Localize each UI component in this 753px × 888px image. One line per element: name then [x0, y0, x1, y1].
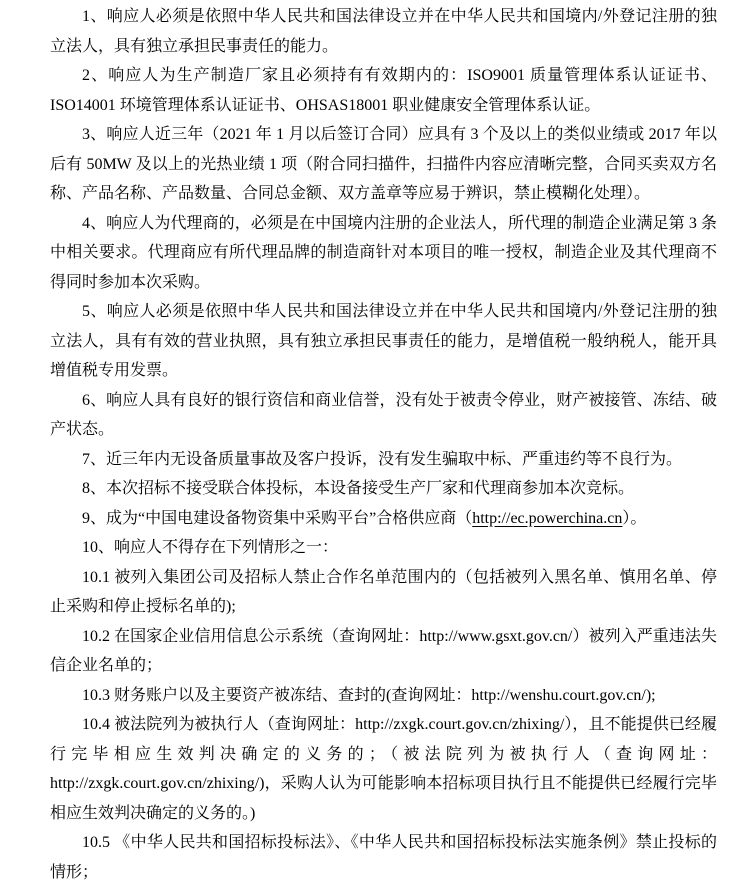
- paragraph-text: 5、响应人必须是依照中华人民共和国法律设立并在中华人民共和国境内/外登记注册的独…: [50, 303, 717, 379]
- paragraph-p8: 8、本次招标不接受联合体投标，本设备接受生产厂家和代理商参加本次竞标。: [50, 474, 717, 504]
- paragraph-p10-1: 10.1 被列入集团公司及招标人禁止合作名单范围内的（包括被列入黑名单、慎用名单…: [50, 563, 717, 622]
- paragraph-p7: 7、近三年内无设备质量事故及客户投诉，没有发生骗取中标、严重违约等不良行为。: [50, 445, 717, 475]
- document-body: 1、响应人必须是依照中华人民共和国法律设立并在中华人民共和国境内/外登记注册的独…: [50, 2, 717, 887]
- paragraph-text: 2、响应人为生产制造厂家且必须持有有效期内的：ISO9001 质量管理体系认证证…: [50, 67, 717, 114]
- paragraph-p1: 1、响应人必须是依照中华人民共和国法律设立并在中华人民共和国境内/外登记注册的独…: [50, 2, 717, 61]
- paragraph-text: ）。: [622, 510, 646, 527]
- paragraph-text: 10.3 财务账户以及主要资产被冻结、查封的(查询网址：http://wensh…: [82, 687, 656, 704]
- paragraph-p10: 10、响应人不得存在下列情形之一：: [50, 533, 717, 563]
- paragraph-p9: 9、成为“中国电建设备物资集中采购平台”合格供应商（http://ec.powe…: [50, 504, 717, 534]
- paragraph-p5: 5、响应人必须是依照中华人民共和国法律设立并在中华人民共和国境内/外登记注册的独…: [50, 297, 717, 386]
- paragraph-text: 9、成为“中国电建设备物资集中采购平台”合格供应商（: [82, 510, 472, 527]
- paragraph-p6: 6、响应人具有良好的银行资信和商业信誉，没有处于被责令停业，财产被接管、冻结、破…: [50, 386, 717, 445]
- paragraph-text: 10、响应人不得存在下列情形之一：: [82, 539, 338, 556]
- paragraph-text: 10.4 被法院列为被执行人（查询网址：http://zxgk.court.go…: [50, 716, 717, 822]
- hyperlink-text[interactable]: http://ec.powerchina.cn: [472, 510, 622, 527]
- paragraph-p2: 2、响应人为生产制造厂家且必须持有有效期内的：ISO9001 质量管理体系认证证…: [50, 61, 717, 120]
- paragraph-text: 1、响应人必须是依照中华人民共和国法律设立并在中华人民共和国境内/外登记注册的独…: [50, 8, 717, 55]
- paragraph-p10-5: 10.5 《中华人民共和国招标投标法》、《中华人民共和国招标投标法实施条例》禁止…: [50, 828, 717, 887]
- paragraph-text: 8、本次招标不接受联合体投标，本设备接受生产厂家和代理商参加本次竞标。: [82, 480, 634, 497]
- paragraph-text: 7、近三年内无设备质量事故及客户投诉，没有发生骗取中标、严重违约等不良行为。: [82, 451, 682, 468]
- paragraph-text: 6、响应人具有良好的银行资信和商业信誉，没有处于被责令停业，财产被接管、冻结、破…: [50, 392, 717, 439]
- paragraph-p10-4: 10.4 被法院列为被执行人（查询网址：http://zxgk.court.go…: [50, 710, 717, 828]
- paragraph-p10-3: 10.3 财务账户以及主要资产被冻结、查封的(查询网址：http://wensh…: [50, 681, 717, 711]
- paragraph-p10-2: 10.2 在国家企业信用信息公示系统（查询网址：http://www.gsxt.…: [50, 622, 717, 681]
- paragraph-p3: 3、响应人近三年（2021 年 1 月以后签订合同）应具有 3 个及以上的类似业…: [50, 120, 717, 209]
- paragraph-text: 4、响应人为代理商的，必须是在中国境内注册的企业法人，所代理的制造企业满足第 3…: [50, 215, 717, 291]
- paragraph-text: 10.1 被列入集团公司及招标人禁止合作名单范围内的（包括被列入黑名单、慎用名单…: [50, 569, 717, 616]
- paragraph-p4: 4、响应人为代理商的，必须是在中国境内注册的企业法人，所代理的制造企业满足第 3…: [50, 209, 717, 298]
- paragraph-text: 3、响应人近三年（2021 年 1 月以后签订合同）应具有 3 个及以上的类似业…: [50, 126, 717, 202]
- document-page: 1、响应人必须是依照中华人民共和国法律设立并在中华人民共和国境内/外登记注册的独…: [0, 0, 753, 888]
- paragraph-text: 10.5 《中华人民共和国招标投标法》、《中华人民共和国招标投标法实施条例》禁止…: [50, 834, 717, 881]
- paragraph-text: 10.2 在国家企业信用信息公示系统（查询网址：http://www.gsxt.…: [50, 628, 717, 675]
